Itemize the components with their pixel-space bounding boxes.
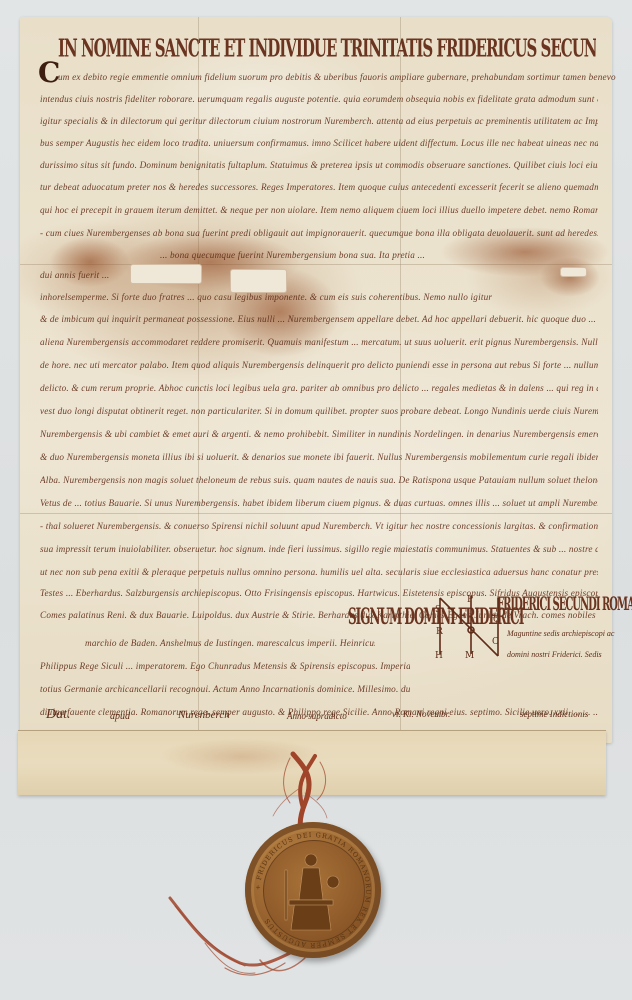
- svg-text:P: P: [467, 595, 473, 605]
- text-line: & duo Nurembergensis moneta illius ibi s…: [40, 452, 598, 470]
- text-line: de hore. nec uti mercator palabo. Item q…: [40, 360, 598, 378]
- text-line: igitur specialis & in dilectorum qui ger…: [40, 116, 598, 134]
- dating-datum: Dat.: [46, 707, 71, 723]
- text-line: totius Germanie archicancellarii recogno…: [40, 684, 410, 702]
- royal-monogram-icon: SRH PM GC: [432, 592, 502, 664]
- text-line: Vetus de ... totius Bauarie. Si unus Nur…: [40, 498, 598, 516]
- svg-text:S: S: [435, 605, 441, 615]
- text-line: marchio de Baden. Anshelmus de Iustingen…: [85, 638, 375, 656]
- signum-text-right: domini nostri Friderici. Sedis: [507, 650, 602, 659]
- text-line: qui hoc ei precepit in grauem iterum dem…: [40, 205, 598, 223]
- text-line: vest duo longi disputat obtinerit reget.…: [40, 406, 598, 424]
- svg-text:M: M: [465, 651, 474, 661]
- text-line: inhorelsemperme. Si forte duo fratres ..…: [40, 292, 598, 310]
- wax-seal: + FRIDERICUS DEI GRATIA ROMANORUM REX ET…: [245, 822, 381, 958]
- svg-text:R: R: [436, 627, 443, 637]
- text-line: Alba. Nurembergensis non magis soluet th…: [40, 475, 598, 493]
- text-line: ... bona quecumque fuerint Nurembergensi…: [160, 250, 632, 268]
- text-line: um ex debito regie emmentie omnium fidel…: [58, 72, 616, 90]
- text-line: aliena Nurembergensis accommodaret redde…: [40, 337, 598, 355]
- text-line: durissimo situs sit fundo. Dominum benig…: [40, 160, 598, 178]
- text-line: ut nec non sub pena exitii & pleraque pe…: [40, 567, 598, 585]
- text-line: tur debeat aduocatum preter nos & herede…: [40, 182, 598, 200]
- text-line: Philippus Rege Siculi ... imperatorem. E…: [40, 661, 410, 679]
- dating-year: Anno supradicto: [287, 711, 347, 721]
- svg-text:C: C: [492, 637, 499, 647]
- text-line: delicto. & cum rerum proprie. Abhoc cunc…: [40, 383, 598, 401]
- text-line: & de imbicum qui inquirit permaneat poss…: [40, 314, 598, 332]
- svg-text:H: H: [435, 651, 443, 661]
- signum-label-right: FRIDERICI SECUNDI ROMANORUM REGIS: [497, 595, 632, 616]
- signum-text-right: Maguntine sedis archiepiscopi ac: [507, 629, 614, 638]
- enthroned-king-seal-icon: + FRIDERICUS DEI GRATIA ROMANORUM REX ET…: [245, 822, 381, 958]
- text-line: sua impressit terum inuiolabiliter. obse…: [40, 544, 598, 562]
- dating-place: Nurenberch: [178, 709, 230, 721]
- dating-apud: apud: [110, 711, 130, 722]
- text-line: Nurembergensis & ubi cambiet & emet auri…: [40, 429, 598, 447]
- text-line: - thal solueret Nurembergensis. & conuer…: [40, 521, 598, 539]
- decorated-initial: C: [38, 56, 60, 89]
- dating-day: vi. Kl. Novembr.: [392, 709, 450, 719]
- elongated-heading: IN NOMINE SANCTE ET INDIVIDUE TRINITATIS…: [58, 34, 596, 76]
- text-line: intendus ciuis nostris fideliter roborar…: [40, 94, 598, 112]
- text-line: dui annis fuerit ...: [40, 270, 598, 288]
- dating-indiction: septime Indictionis: [520, 709, 588, 719]
- text-line: - cum ciues Nurembergenses ab bona sua f…: [40, 228, 598, 246]
- text-line: bus semper Augustis hec eidem loco tradi…: [40, 138, 598, 156]
- svg-text:G: G: [493, 615, 500, 625]
